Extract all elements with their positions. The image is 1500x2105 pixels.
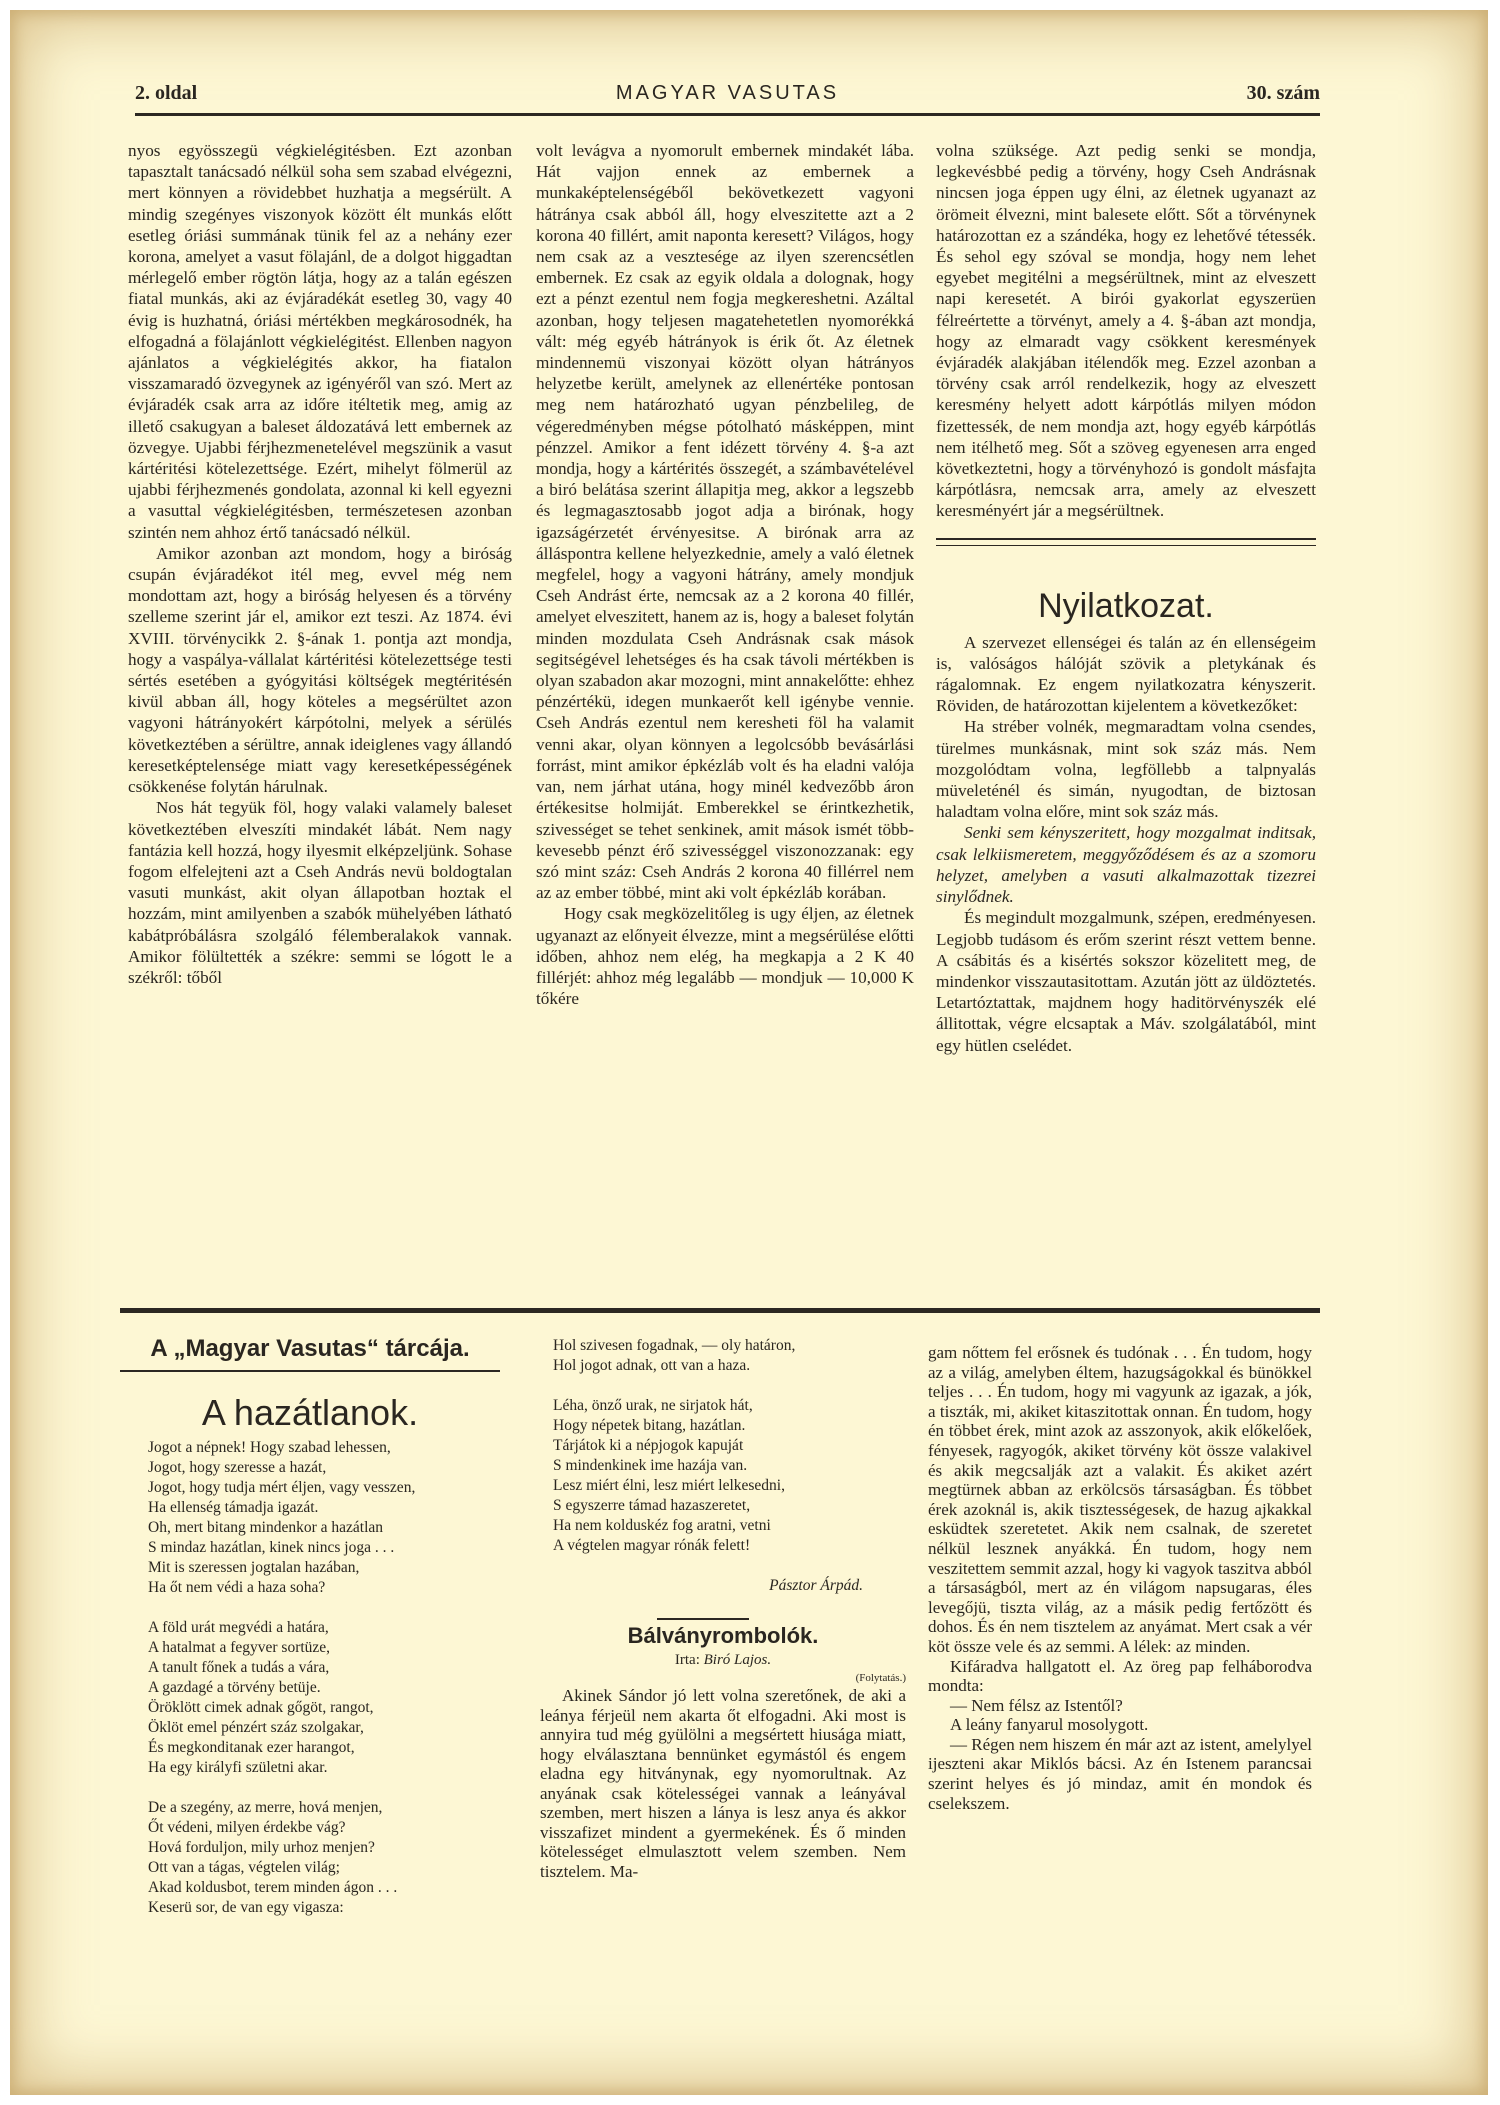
masthead-title: MAGYAR VASUTAS bbox=[135, 82, 1320, 105]
paragraph: Ha stréber volnék, megmaradtam volna cse… bbox=[936, 716, 1316, 822]
poem-stanza: Jogot a népnek! Hogy szabad lehessen,Jog… bbox=[148, 1438, 508, 1598]
section-separator bbox=[120, 1308, 1320, 1313]
poem-title: A hazátlanok. bbox=[120, 1392, 500, 1434]
paragraph: — Régen nem hiszem én már azt az istent,… bbox=[928, 1735, 1312, 1813]
poem-line: Jogot, hogy szeresse a hazát, bbox=[148, 1458, 508, 1478]
poem-line: Őt védeni, milyen érdekbe vág? bbox=[148, 1818, 508, 1838]
poem-line: De a szegény, az merre, hová menjen, bbox=[148, 1798, 508, 1818]
poem-line: Jogot, hogy tudja mért éljen, vagy vessz… bbox=[148, 1478, 508, 1498]
poem-line: Hogy népetek bitang, hazátlan. bbox=[553, 1416, 913, 1436]
header-rule bbox=[135, 113, 1320, 116]
poem-line: Öklöt emel pénzért száz szolgakar, bbox=[148, 1718, 508, 1738]
poem-stanza: De a szegény, az merre, hová menjen,Őt v… bbox=[148, 1798, 508, 1918]
poem-line: Léha, önző urak, ne sirjatok hát, bbox=[553, 1396, 913, 1416]
byline-author: Biró Lajos. bbox=[704, 1652, 772, 1668]
article-column-1: nyos egyösszegü végkielégitésben. Ezt az… bbox=[128, 140, 512, 988]
poem-line: Ha ellenség támadja igazát. bbox=[148, 1498, 508, 1518]
poem-line: S mindaz hazátlan, kinek nincs joga . . … bbox=[148, 1538, 508, 1558]
paragraph: A szervezet ellenségei és talán az én el… bbox=[936, 632, 1316, 717]
poem-line: A hatalmat a fegyver sortüze, bbox=[148, 1638, 508, 1658]
poem-line: A gazdagé a törvény betüje. bbox=[148, 1678, 508, 1698]
byline-label: Irta: bbox=[675, 1652, 700, 1668]
poem-line: Tárjátok ki a népjogok kapuját bbox=[553, 1436, 913, 1456]
poem-line: Jogot a népnek! Hogy szabad lehessen, bbox=[148, 1438, 508, 1458]
section-divider bbox=[936, 538, 1316, 546]
article-column-3: volna szüksége. Azt pedig senki se mondj… bbox=[936, 140, 1316, 1056]
poem-line: Hol jogot adnak, ott van a haza. bbox=[553, 1356, 913, 1376]
poem-line: És megkonditanak ezer harangot, bbox=[148, 1738, 508, 1758]
poem-line: Ott van a tágas, végtelen világ; bbox=[148, 1858, 508, 1878]
poem-line: A végtelen magyar rónák felett! bbox=[553, 1536, 913, 1556]
short-divider bbox=[657, 1618, 749, 1620]
paragraph: És megindult mozgalmunk, szépen, eredmén… bbox=[936, 907, 1316, 1055]
paragraph: gam nőttem fel erősnek és tudónak . . . … bbox=[928, 1343, 1312, 1657]
poem-line: S mindenkinek ime hazája van. bbox=[553, 1456, 913, 1476]
poem-stanza: A föld urát megvédi a határa,A hatalmat … bbox=[148, 1618, 508, 1778]
statement-title: Nyilatkozat. bbox=[936, 586, 1316, 626]
poem-line: Akad koldusbot, terem minden ágon . . . bbox=[148, 1878, 508, 1898]
poem-line: Ha nem kolduskéz fog aratni, vetni bbox=[553, 1516, 913, 1536]
paragraph: Hogy csak megközelitőleg is ugy éljen, a… bbox=[536, 903, 914, 1009]
poem-line: Hová forduljon, mily urhoz menjen? bbox=[148, 1838, 508, 1858]
poem-line: Oh, mert bitang mindenkor a hazátlan bbox=[148, 1518, 508, 1538]
issue-number: 30. szám bbox=[1247, 82, 1320, 105]
story-title: Bálványrombolók. bbox=[540, 1622, 906, 1650]
poem-line: Mit is szeressen jogtalan hazában, bbox=[148, 1558, 508, 1578]
paragraph: — Nem félsz az Istentől? bbox=[928, 1696, 1312, 1716]
feuilleton-heading: A „Magyar Vasutas“ tárcája. bbox=[140, 1335, 480, 1363]
poem-author: Pásztor Árpád. bbox=[553, 1576, 863, 1596]
story-column-right: gam nőttem fel erősnek és tudónak . . . … bbox=[928, 1343, 1312, 1813]
paragraph: volna szüksége. Azt pedig senki se mondj… bbox=[936, 140, 1316, 522]
poem-line: A föld urát megvédi a határa, bbox=[148, 1618, 508, 1638]
poem-left: Jogot a népnek! Hogy szabad lehessen,Jog… bbox=[148, 1438, 508, 1938]
story-column-middle: Bálványrombolók. Irta: Biró Lajos. (Foly… bbox=[540, 1622, 906, 1881]
poem-line: Lesz miért élni, lesz miért lelkesedni, bbox=[553, 1476, 913, 1496]
poem-right: Hol szivesen fogadnak, — oly határon,Hol… bbox=[553, 1336, 913, 1650]
poem-line: Ha őt nem védi a haza soha? bbox=[148, 1578, 508, 1598]
poem-line: Hol szivesen fogadnak, — oly határon, bbox=[553, 1336, 913, 1356]
paragraph: volt levágva a nyomorult embernek mindak… bbox=[536, 140, 914, 903]
poem-line: Öröklött cimek adnak gőgöt, rangot, bbox=[148, 1698, 508, 1718]
paragraph: A leány fanyarul mosolygott. bbox=[928, 1715, 1312, 1735]
poem-line: S egyszerre támad hazaszeretet, bbox=[553, 1496, 913, 1516]
paragraph: Akinek Sándor jó lett volna szeretőnek, … bbox=[540, 1686, 906, 1881]
feuilleton-rule bbox=[120, 1370, 500, 1372]
page-header: 2. oldal MAGYAR VASUTAS 30. szám bbox=[135, 82, 1320, 112]
paragraph: Nos hát tegyük föl, hogy valaki valamely… bbox=[128, 797, 512, 988]
poem-line: A tanult főnek a tudás a vára, bbox=[148, 1658, 508, 1678]
poem-line: Keserü sor, de van egy vigasza: bbox=[148, 1898, 508, 1918]
story-byline: Irta: Biró Lajos. bbox=[540, 1650, 906, 1670]
continuation-note: (Folytatás.) bbox=[540, 1670, 906, 1686]
poem-stanza: Léha, önző urak, ne sirjatok hát,Hogy né… bbox=[553, 1396, 913, 1556]
poem-line: Ha egy királyfi születni akar. bbox=[148, 1758, 508, 1778]
poem-stanza: Hol szivesen fogadnak, — oly határon,Hol… bbox=[553, 1336, 913, 1376]
article-column-2: volt levágva a nyomorult embernek mindak… bbox=[536, 140, 914, 1009]
paragraph: Amikor azonban azt mondom, hogy a birósá… bbox=[128, 543, 512, 797]
italic-paragraph: Senki sem kényszeritett, hogy mozgalmat … bbox=[936, 822, 1316, 907]
paragraph: nyos egyösszegü végkielégitésben. Ezt az… bbox=[128, 140, 512, 543]
paragraph: Kifáradva hallgatott el. Az öreg pap fel… bbox=[928, 1657, 1312, 1696]
